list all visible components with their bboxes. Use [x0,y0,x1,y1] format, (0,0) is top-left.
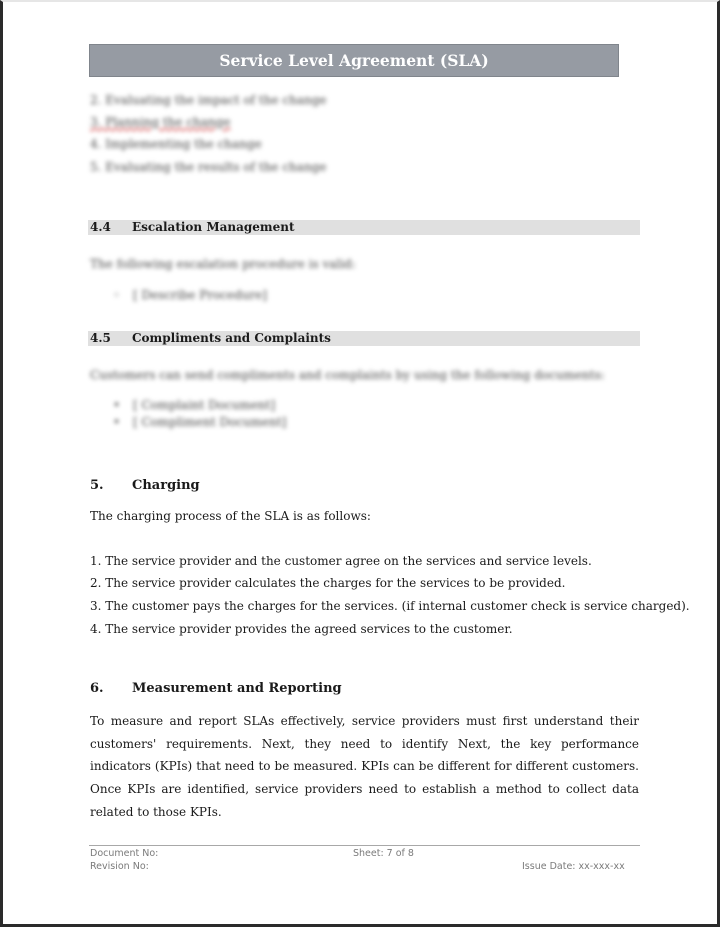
footer-divider [89,845,640,846]
charging-step: 2. The service provider calculates the c… [90,576,565,590]
section-number: 5. [90,478,104,493]
section-number: 4.4 [90,220,111,235]
section-heading-escalation: 4.4 Escalation Management [88,220,640,235]
bullet-icon: • [113,398,120,412]
section-heading-compliments: 4.5 Compliments and Complaints [88,331,640,346]
escalation-intro: The following escalation procedure is va… [90,257,356,271]
document-page: Service Level Agreement (SLA) 2. Evaluat… [0,0,720,927]
footer-document-no: Document No: [90,848,158,859]
list-item: 5. Evaluating the results of the change [90,160,326,174]
list-item: [ Complaint Document] [133,398,275,412]
bullet-icon: ◦ [113,288,120,302]
list-item: 4. Implementing the change [90,137,262,151]
compliments-intro: Customers can send compliments and compl… [90,368,605,382]
charging-intro: The charging process of the SLA is as fo… [90,509,371,523]
document-title-band: Service Level Agreement (SLA) [89,44,619,77]
footer-sheet: Sheet: 7 of 8 [353,848,414,859]
footer-issue-date: Issue Date: xx-xxx-xx [522,861,625,872]
section-number: 4.5 [90,331,111,346]
section-title: Compliments and Complaints [132,331,331,346]
list-item: 2. Evaluating the impact of the change [90,93,327,107]
section-title-measurement: Measurement and Reporting [132,681,342,696]
measurement-paragraph: To measure and report SLAs effectively, … [90,710,639,824]
list-item: [ Compliment Document] [133,415,287,429]
document-title: Service Level Agreement (SLA) [219,51,488,70]
charging-step: 3. The customer pays the charges for the… [90,599,690,613]
section-title: Escalation Management [132,220,295,235]
charging-step: 4. The service provider provides the agr… [90,622,513,636]
section-title-charging: Charging [132,478,200,493]
charging-step: 1. The service provider and the customer… [90,554,592,568]
list-item: [ Describe Procedure] [133,288,267,302]
section-number: 6. [90,681,104,696]
footer-revision-no: Revision No: [90,861,149,872]
bullet-icon: • [113,415,120,429]
list-item: 3. Planning the change [90,115,230,129]
